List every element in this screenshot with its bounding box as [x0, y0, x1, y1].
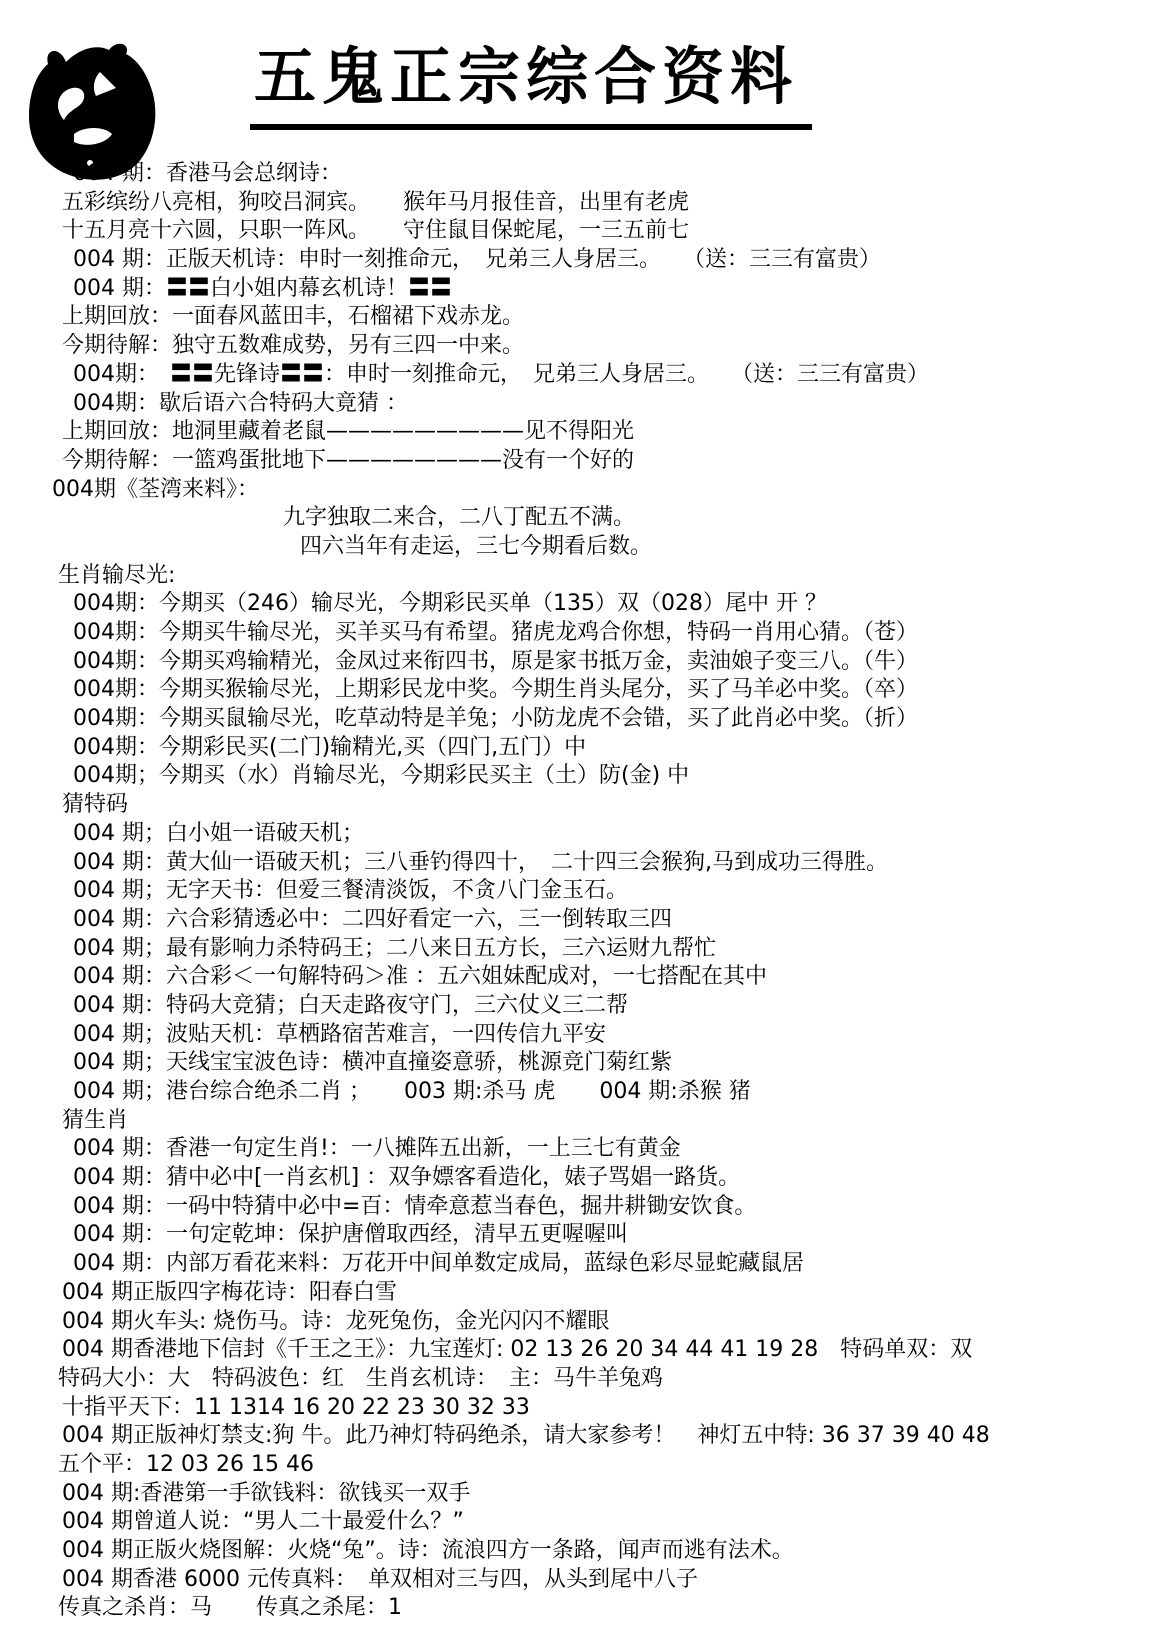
text-line: 004 期正版四字梅花诗：阳春白雪: [0, 1279, 1176, 1308]
text-line: 004 期正版火烧图解：火烧“兔”。诗：流浪四方一条路，闻声而逃有法术。: [0, 1537, 1176, 1566]
text-line: 004 期:香港第一手欲钱料：欲钱买一双手: [0, 1480, 1176, 1509]
document-page: 五鬼正宗综合资料 004 期：香港马会总纲诗： 五彩缤纷八亮相，狗咬吕洞宾。 猴…: [0, 0, 1176, 1628]
text-line: 004期《荃湾来料》：: [0, 476, 1176, 505]
text-line: 004 期：正版天机诗：申时一刻推命元， 兄弟三人身居三。 （送：三三有富贵）: [0, 246, 1176, 275]
text-line: 004 期；白小姐一语破天机；: [0, 820, 1176, 849]
text-line: 004期：今期买牛输尽光，买羊买马有希望。猪虎龙鸡合你想，特码一肖用心猜。（苍）: [0, 619, 1176, 648]
text-line: 上期回放：地洞里藏着老鼠—————————见不得阳光: [0, 418, 1176, 447]
text-line: 今期待解：一篮鸡蛋批地下————————没有一个好的: [0, 447, 1176, 476]
text-line: 五个平：12 03 26 15 46: [0, 1451, 1176, 1480]
text-line: 004 期：〓〓白小姐内幕玄机诗！〓〓: [0, 275, 1176, 304]
text-line: 004 期：猜中必中[一肖玄机] ：双争嫖客看造化，婊子骂娼一路货。: [0, 1164, 1176, 1193]
text-line: 004 期：一句定乾坤：保护唐僧取西经，清早五更喔喔叫: [0, 1221, 1176, 1250]
text-line: 004期：歇后语六合特码大竟猜 ：: [0, 390, 1176, 419]
text-line: 004 期香港地下信封《千王之王》：九宝莲灯: 02 13 26 20 34 4…: [0, 1336, 1176, 1365]
text-line: 004 期：内部万看花来料：万花开中间单数定成局，蓝绿色彩尽显蛇藏鼠居: [0, 1250, 1176, 1279]
text-line: 004 期：黄大仙一语破天机；三八垂钓得四十， 二十四三会猴狗,马到成功三得胜。: [0, 849, 1176, 878]
text-line: 004 期；无字天书：但爱三餐清淡饭，不贪八门金玉石。: [0, 877, 1176, 906]
section-heading: 生肖输尽光:: [0, 562, 1176, 591]
section-heading: 猜特码: [0, 791, 1176, 820]
text-line: 004期：今期买（246）输尽光，今期彩民买单（135）双（028）尾中 开 ？: [0, 590, 1176, 619]
text-line: 004 期香港 6000 元传真料： 单双相对三与四，从头到尾中八子: [0, 1566, 1176, 1595]
text-line: 004 期曾道人说：“男人二十最爱什么？”: [0, 1508, 1176, 1537]
text-line: 004期；今期买（水）肖输尽光，今期彩民买主（土）防(金) 中: [0, 762, 1176, 791]
text-line: 004期：今期买猴输尽光，上期彩民龙中奖。今期生肖头尾分，买了马羊必中奖。（卒）: [0, 676, 1176, 705]
text-line: 004 期：特码大竞猜；白天走路夜守门，三六仗义三二帮: [0, 992, 1176, 1021]
text-line: 004期：今期买鸡输精光，金凤过来衔四书，原是家书抵万金，卖油娘子变三八。（牛）: [0, 648, 1176, 677]
text-line: 今期待解：独守五数难成势，另有三四一中来。: [0, 332, 1176, 361]
text-line: 004 期；波贴天机：草栖路宿苦难言，一四传信九平安: [0, 1021, 1176, 1050]
text-line: 004 期；港台综合绝杀二肖 ； 003 期:杀马 虎 004 期:杀猴 猪: [0, 1078, 1176, 1107]
text-line: 十五月亮十六圆，只职一阵风。 守住鼠目保蛇尾，一三五前七: [0, 217, 1176, 246]
text-line: 五彩缤纷八亮相，狗咬吕洞宾。 猴年马月报佳音，出里有老虎: [0, 189, 1176, 218]
text-line: 九字独取二来合，二八丁配五不满。: [0, 504, 1176, 533]
page-title: 五鬼正宗综合资料: [250, 38, 812, 130]
text-line: 004 期；最有影响力杀特码王；二八来日五方长，三六运财九帮忙: [0, 935, 1176, 964]
text-line: 特码大小：大 特码波色：红 生肖玄机诗： 主：马牛羊兔鸡: [0, 1365, 1176, 1394]
section-heading: 猜生肖: [0, 1107, 1176, 1136]
text-line: 004 期：六合彩＜一句解特码＞准 ：五六姐妹配成对，一七搭配在其中: [0, 963, 1176, 992]
text-line: 上期回放：一面春风蓝田丰，石榴裙下戏赤龙。: [0, 303, 1176, 332]
text-line: 004 期：香港马会总纲诗：: [0, 160, 1176, 189]
text-line: 004 期；天线宝宝波色诗：横冲直撞姿意骄，桃源竞门菊红紫: [0, 1049, 1176, 1078]
text-line: 004期：今期买鼠输尽光，吃草动特是羊兔；小防龙虎不会错，买了此肖必中奖。（折）: [0, 705, 1176, 734]
text-line: 004期：今期彩民买(二门)输精光,买（四门,五门）中: [0, 734, 1176, 763]
content-body: 004 期：香港马会总纲诗： 五彩缤纷八亮相，狗咬吕洞宾。 猴年马月报佳音，出里…: [0, 160, 1176, 1623]
text-line: 004 期：六合彩猜透必中：二四好看定一六，三一倒转取三四: [0, 906, 1176, 935]
text-line: 004 期：一码中特猜中必中=百：情牵意惹当春色，掘井耕锄安饮食。: [0, 1193, 1176, 1222]
text-line: 十指平天下：11 1314 16 20 22 23 30 32 33: [0, 1394, 1176, 1423]
text-line: 004 期：香港一句定生肖!：一八摊阵五出新，一上三七有黄金: [0, 1135, 1176, 1164]
text-line: 004 期火车头: 烧伤马。诗：龙死兔伤，金光闪闪不耀眼: [0, 1308, 1176, 1337]
text-line: 传真之杀肖：马 传真之杀尾：1: [0, 1594, 1176, 1623]
text-line: 004 期正版神灯禁支:狗 牛。此乃神灯特码绝杀，请大家参考！ 神灯五中特: 3…: [0, 1422, 1176, 1451]
text-line: 四六当年有走运，三七今期看后数。: [0, 533, 1176, 562]
text-line: 004期： 〓〓先锋诗〓〓：申时一刻推命元， 兄弟三人身居三。 （送：三三有富贵…: [0, 361, 1176, 390]
